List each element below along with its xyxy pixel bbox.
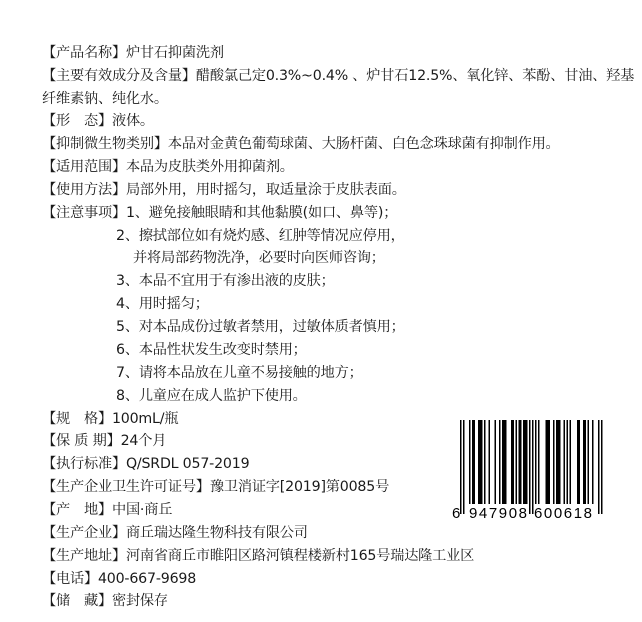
barcode-icon: 6 947908 600618 [452, 418, 604, 520]
origin-row: 【产 地】中国·商丘 [42, 499, 172, 521]
manufacturer-row: 【生产企业】商丘瑞达隆生物科技有限公司 [42, 522, 308, 544]
barcode-left-digits: 947908 [469, 505, 527, 520]
shelf-life-key: 【保 质 期】 [42, 433, 121, 449]
form-key: 【形 态】 [42, 113, 112, 129]
standard-row: 【执行标准】Q/SRDL 057-2019 [42, 453, 249, 475]
precaution-item: 4、用时摇匀； [116, 293, 209, 315]
ingredients-row: 【主要有效成分及含量】醋酸氯己定0.3%~0.4% 、炉甘石12.5%、氧化锌、… [42, 65, 634, 87]
usage-row: 【使用方法】局部外用，用时摇匀，取适量涂于皮肤表面。 [42, 179, 406, 201]
ingredients-value-cont: 纤维素钠、纯化水。 [42, 91, 168, 107]
usage-value: 局部外用，用时摇匀，取适量涂于皮肤表面。 [126, 182, 406, 198]
scope-key: 【适用范围】 [42, 159, 126, 175]
phone-key: 【电话】 [42, 571, 98, 587]
form-row: 【形 态】液体。 [42, 110, 154, 132]
microbe-category-key: 【抑制微生物类别】 [42, 136, 168, 152]
precautions-row: 【注意事项】1、避免接触眼睛和其他黏膜(如口、鼻等)； [42, 202, 397, 224]
precaution-item: 7、请将本品放在儿童不易接触的地方； [116, 362, 363, 384]
standard-key: 【执行标准】 [42, 456, 126, 472]
shelf-life-value: 24个月 [121, 433, 167, 449]
ingredients-value: 醋酸氯己定0.3%~0.4% 、炉甘石12.5%、氧化锌、苯酚、甘油、羟基 [196, 68, 634, 84]
origin-value: 中国·商丘 [112, 502, 172, 518]
address-row: 【生产地址】河南省商丘市睢阳区路河镇程楼新村165号瑞达隆工业区 [42, 545, 474, 567]
microbe-category-row: 【抑制微生物类别】本品对金黄色葡萄球菌、大肠杆菌、白色念珠球菌有抑制作用。 [42, 133, 560, 155]
precaution-item: 2、擦拭部位如有烧灼感、红肿等情况应停用， [116, 225, 405, 247]
barcode-right-digits: 600618 [534, 505, 592, 520]
ingredients-row-cont: 纤维素钠、纯化水。 [42, 88, 168, 110]
usage-key: 【使用方法】 [42, 182, 126, 198]
origin-key: 【产 地】 [42, 502, 112, 518]
phone-row: 【电话】400-667-9698 [42, 568, 196, 590]
license-key: 【生产企业卫生许可证号】 [42, 479, 210, 495]
address-value: 河南省商丘市睢阳区路河镇程楼新村165号瑞达隆工业区 [126, 548, 474, 564]
license-value: 豫卫消证字[2019]第0085号 [210, 479, 389, 495]
precautions-key: 【注意事项】 [42, 205, 126, 221]
product-name-value: 炉甘石抑菌洗剂 [126, 45, 224, 61]
phone-value: 400-667-9698 [98, 571, 196, 587]
barcode-first-digit: 6 [452, 505, 460, 520]
shelf-life-row: 【保 质 期】24个月 [42, 430, 166, 452]
storage-row: 【储 藏】密封保存 [42, 590, 168, 612]
manufacturer-key: 【生产企业】 [42, 525, 126, 541]
product-name-row: 【产品名称】炉甘石抑菌洗剂 [42, 42, 224, 64]
precaution-item-cont: 并将局部药物洗净，必要时向医师咨询； [133, 247, 385, 269]
microbe-category-value: 本品对金黄色葡萄球菌、大肠杆菌、白色念珠球菌有抑制作用。 [168, 136, 560, 152]
storage-value: 密封保存 [112, 593, 168, 609]
precaution-item: 8、儿童应在成人监护下使用。 [116, 385, 307, 407]
product-label: 【产品名称】炉甘石抑菌洗剂 【主要有效成分及含量】醋酸氯己定0.3%~0.4% … [0, 0, 642, 622]
spec-row: 【规 格】100mL/瓶 [42, 408, 178, 430]
spec-value: 100mL/瓶 [112, 411, 178, 427]
precaution-item: 1、避免接触眼睛和其他黏膜(如口、鼻等)； [126, 205, 397, 221]
product-name-key: 【产品名称】 [42, 45, 126, 61]
ean13-barcode: 6 947908 600618 [452, 418, 604, 520]
precaution-item: 6、本品性状发生改变时禁用； [116, 339, 307, 361]
ingredients-key: 【主要有效成分及含量】 [42, 68, 196, 84]
precaution-item: 3、本品不宜用于有渗出液的皮肤； [116, 270, 335, 292]
standard-value: Q/SRDL 057-2019 [126, 456, 249, 472]
address-key: 【生产地址】 [42, 548, 126, 564]
form-value: 液体。 [112, 113, 154, 129]
spec-key: 【规 格】 [42, 411, 112, 427]
license-row: 【生产企业卫生许可证号】豫卫消证字[2019]第0085号 [42, 476, 389, 498]
precaution-item: 5、对本品成份过敏者禁用，过敏体质者慎用； [116, 316, 405, 338]
storage-key: 【储 藏】 [42, 593, 112, 609]
scope-value: 本品为皮肤类外用抑菌剂。 [126, 159, 294, 175]
manufacturer-value: 商丘瑞达隆生物科技有限公司 [126, 525, 308, 541]
scope-row: 【适用范围】本品为皮肤类外用抑菌剂。 [42, 156, 294, 178]
